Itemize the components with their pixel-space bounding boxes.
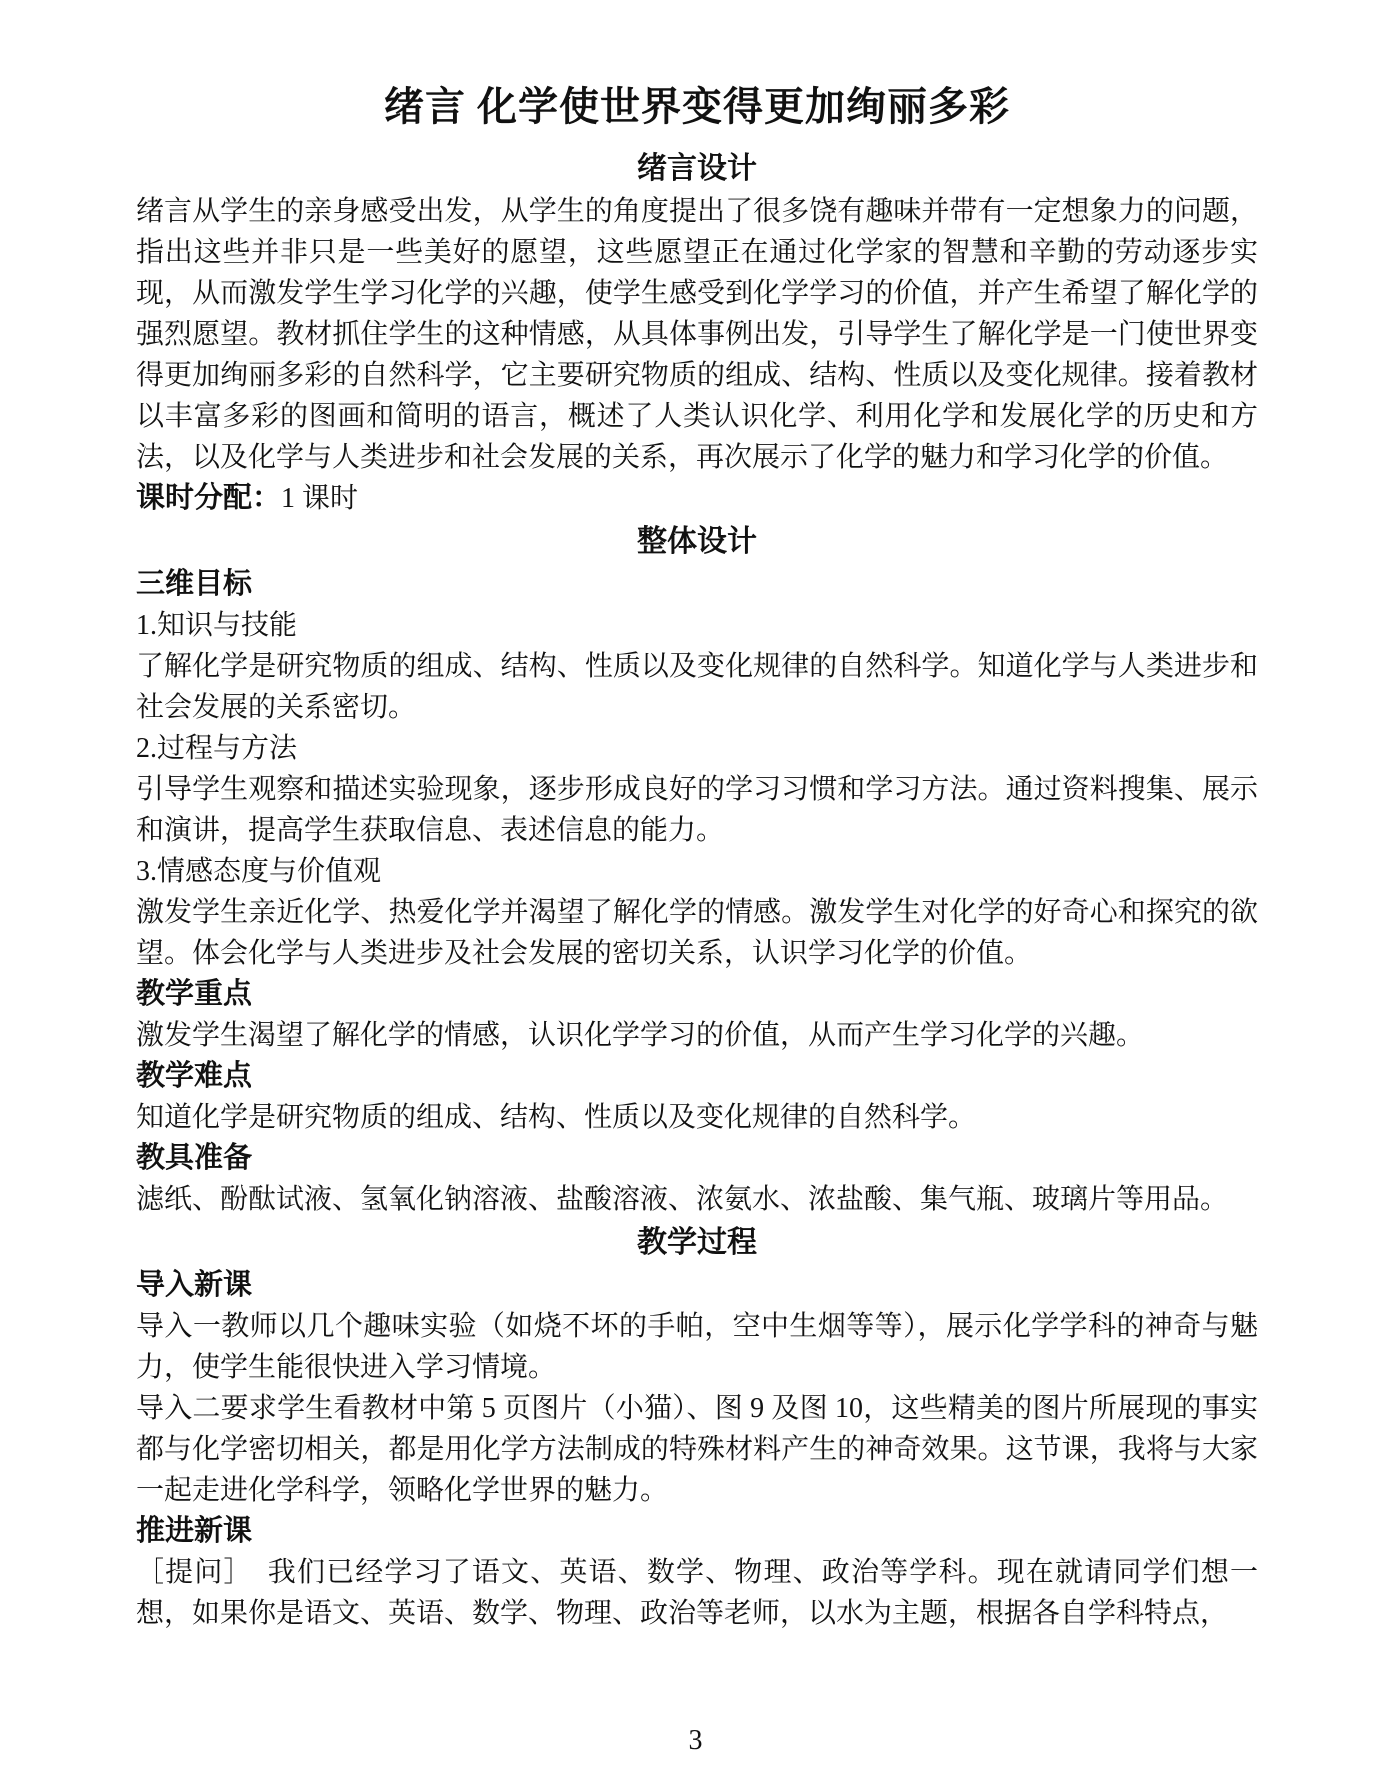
goal1-body: 了解化学是研究物质的组成、结构、性质以及变化规律的自然科学。知道化学与人类进步和…: [136, 646, 1258, 728]
class-hours-label: 课时分配：: [136, 482, 281, 514]
lead-in-method-1: 导入一教师以几个趣味实验（如烧不坏的手帕，空中生烟等等），展示化学学科的神奇与魅…: [136, 1306, 1258, 1388]
document-page: 绪言 化学使世界变得更加绚丽多彩 绪言设计 绪言从学生的亲身感受出发，从学生的角…: [0, 0, 1391, 1769]
teaching-key-points-body: 激发学生渴望了解化学的情感，认识化学学习的价值，从而产生学习化学的兴趣。: [136, 1015, 1258, 1056]
teaching-difficult-points-body: 知道化学是研究物质的组成、结构、性质以及变化规律的自然科学。: [136, 1097, 1258, 1138]
three-dimensional-goals-heading: 三维目标: [136, 564, 1258, 605]
goal1-title: 1.知识与技能: [136, 605, 1258, 646]
question-prompt-paragraph: ［提问］ 我们已经学习了语文、英语、数学、物理、政治等学科。现在就请同学们想一想…: [136, 1552, 1258, 1634]
intro-design-heading: 绪言设计: [136, 146, 1258, 191]
intro-design-paragraph: 绪言从学生的亲身感受出发，从学生的角度提出了很多饶有趣味并带有一定想象力的问题，…: [136, 191, 1258, 478]
goal3-title: 3.情感态度与价值观: [136, 851, 1258, 892]
goal2-body: 引导学生观察和描述实验现象，逐步形成良好的学习习惯和学习方法。通过资料搜集、展示…: [136, 769, 1258, 851]
teaching-aids-heading: 教具准备: [136, 1138, 1258, 1179]
class-hours-line: 课时分配：1 课时: [136, 478, 1258, 519]
document-title: 绪言 化学使世界变得更加绚丽多彩: [136, 80, 1258, 134]
lead-in-method-2: 导入二要求学生看教材中第 5 页图片（小猫）、图 9 及图 10，这些精美的图片…: [136, 1388, 1258, 1511]
class-hours-value: 1 课时: [281, 483, 358, 514]
advance-new-lesson-heading: 推进新课: [136, 1511, 1258, 1552]
page-number: 3: [0, 1725, 1391, 1757]
teaching-difficult-points-heading: 教学难点: [136, 1056, 1258, 1097]
lead-in-new-lesson-heading: 导入新课: [136, 1265, 1258, 1306]
overall-design-heading: 整体设计: [136, 519, 1258, 564]
goal3-body: 激发学生亲近化学、热爱化学并渴望了解化学的情感。激发学生对化学的好奇心和探究的欲…: [136, 892, 1258, 974]
teaching-key-points-heading: 教学重点: [136, 974, 1258, 1015]
goal2-title: 2.过程与方法: [136, 728, 1258, 769]
teaching-process-heading: 教学过程: [136, 1220, 1258, 1265]
teaching-aids-body: 滤纸、酚酞试液、氢氧化钠溶液、盐酸溶液、浓氨水、浓盐酸、集气瓶、玻璃片等用品。: [136, 1179, 1258, 1220]
